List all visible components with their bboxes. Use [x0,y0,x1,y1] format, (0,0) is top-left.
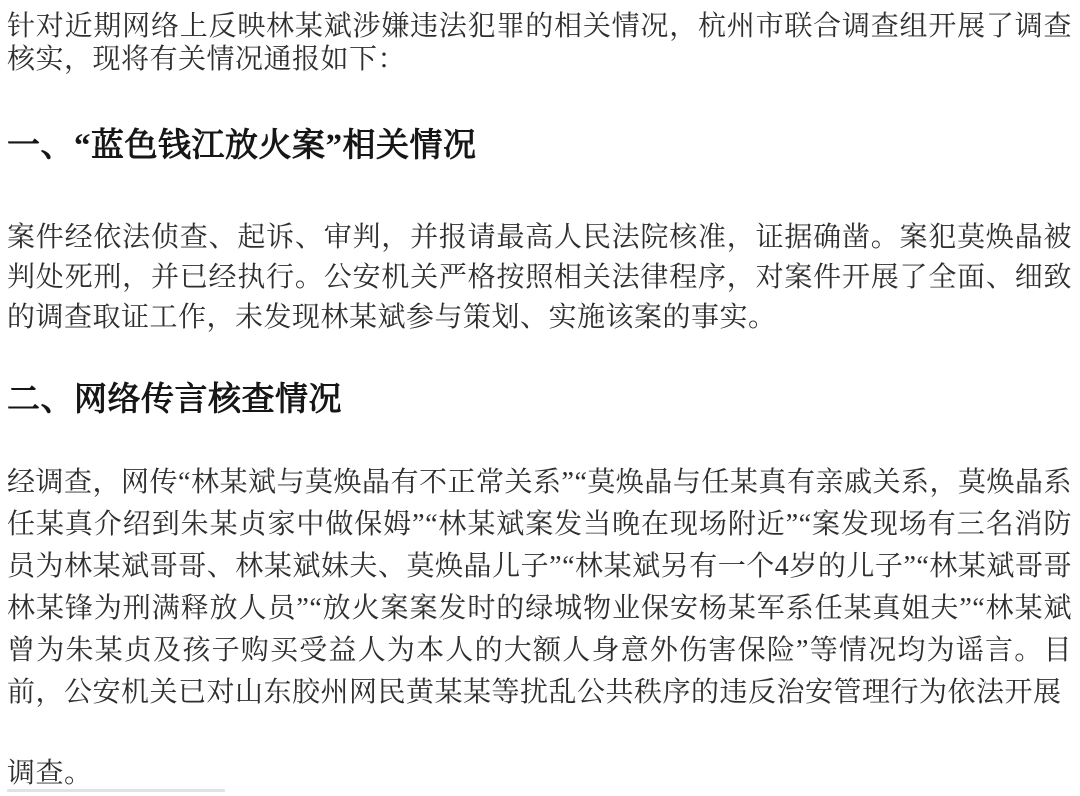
section-1-paragraph: 案件经依法侦查、起诉、审判，并报请最高人民法院核准，证据确凿。案犯莫焕晶被判处死… [7,218,1072,338]
section-2-trailing-paragraph: 调查。 [7,758,1072,790]
notice-document: 针对近期网络上反映林某斌涉嫌违法犯罪的相关情况，杭州市联合调查组开展了调查核实，… [0,0,1080,796]
section-2-paragraph: 经调查，网传“林某斌与莫焕晶有不正常关系”“莫焕晶与任某真有亲戚关系，莫焕晶系任… [7,462,1072,714]
section-2-heading: 二、网络传言核查情况 [7,380,1072,420]
cutoff-next-line-artifact [7,789,225,792]
section-1-heading: 一、“蓝色钱江放火案”相关情况 [7,126,1072,166]
intro-paragraph: 针对近期网络上反映林某斌涉嫌违法犯罪的相关情况，杭州市联合调查组开展了调查核实，… [7,10,1072,76]
